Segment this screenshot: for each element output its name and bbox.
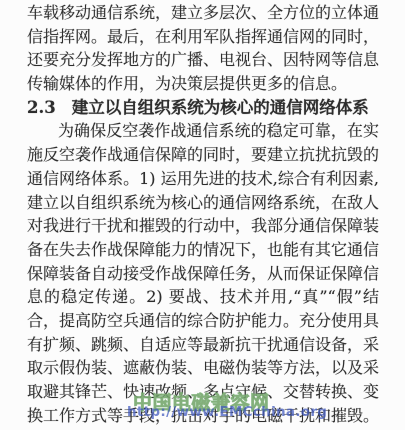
text-line: 施反空袭作战通信保障的同时，要建立抗扰抗毁的: [27, 143, 379, 167]
text-line: 合，提高防空兵通信的综合防护能力。充分使用具: [27, 309, 379, 333]
text-line: 保障装备自动接受作战保障任务，从而保证保障信: [27, 262, 379, 286]
section-title: 建立以自组织系统为核心的通信网络体系: [72, 96, 369, 120]
text-line: 传输媒体的作用，为决策层提供更多的信息。: [27, 72, 379, 96]
section-heading: 2.3 建立以自组织系统为核心的通信网络体系: [27, 96, 379, 120]
text-line: 换工作方式等手段，抗击对手的电磁干扰和摧毁。: [27, 404, 379, 428]
text-line: 取示假伪装、遮蔽伪装、电磁伪装等方法，以及采: [27, 356, 379, 380]
section-number: 2.3: [27, 96, 56, 120]
text-line: 有扩频、跳频、自适应等最新抗干扰通信设备，采: [27, 333, 379, 357]
text-line: 取避其锋芒、快速改频、多点守候、交替转换、变: [27, 380, 379, 404]
document-page: 车载移动通信系统，建立多层次、全方位的立体通 信指挥网。最后，在利用军队指挥通信…: [0, 0, 405, 430]
text-line: 对我进行干扰和摧毁的行动中，我部分通信保障装: [27, 214, 379, 238]
text-line: 还要充分发挥地方的广播、电视台、因特网等信息: [27, 48, 379, 72]
text-line: 车载移动通信系统，建立多层次、全方位的立体通: [27, 1, 379, 25]
text-line: 信指挥网。最后，在利用军队指挥通信网的同时，: [27, 25, 379, 49]
text-line: 为确保反空袭作战通信系统的稳定可靠，在实: [27, 119, 379, 143]
text-line: 息的稳定传递。2) 要战、技术并用,“真”“假”结: [27, 285, 379, 309]
text-line: 备在失去作战保障能力的情况下，也能有其它通信: [27, 238, 379, 262]
text-line: 通信网络体系。1) 运用先进的技术,综合有利因素,: [27, 167, 379, 191]
text-line: 建立以自组织系统为核心的通信网络系统，在敌人: [27, 191, 379, 215]
